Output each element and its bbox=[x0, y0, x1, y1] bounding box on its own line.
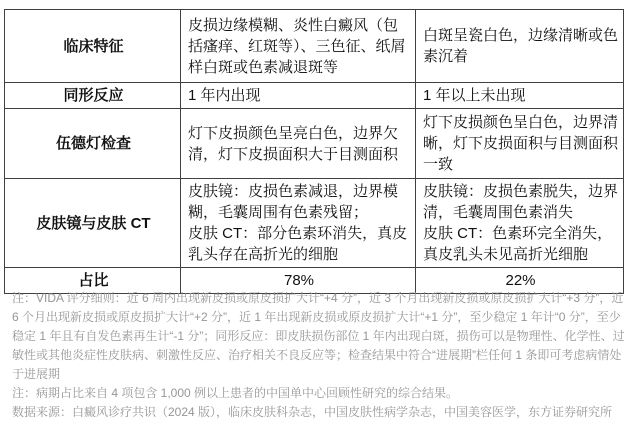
data-source-line: 数据来源：白癜风诊疗共识（2024 版），临床皮肤科杂志，中国皮肤性病学杂志，中… bbox=[12, 403, 626, 422]
note-vida-scoring: 注：VIDA 评分细则：近 6 周内出现新皮损或原皮损扩大计“+4 分”，近 3… bbox=[12, 289, 626, 384]
note-proportion-source: 注：病期占比来自 4 项包含 1,000 例以上患者的中国单中心回顾性研究的综合… bbox=[12, 384, 626, 403]
cell-clinical-features-progressive: 皮损边缘模糊、炎性白癜风（包括瘙痒、红斑等）、三色征、纸屑样白斑或色素减退斑等 bbox=[181, 10, 416, 83]
row-label-koebner-phenomenon: 同形反应 bbox=[5, 83, 181, 109]
footnotes: 注：VIDA 评分细则：近 6 周内出现新皮损或原皮损扩大计“+4 分”，近 3… bbox=[12, 289, 626, 422]
cell-koebner-progressive: 1 年内出现 bbox=[181, 83, 416, 109]
cell-dermoscopy-stable: 皮肤镜：皮损色素脱失，边界清，毛囊周围色素消失 皮肤 CT：色素环完全消失，真皮… bbox=[416, 179, 624, 268]
cell-woods-lamp-progressive: 灯下皮损颜色呈亮白色，边界欠清，灯下皮损面积大于目测面积 bbox=[181, 109, 416, 179]
row-label-clinical-features: 临床特征 bbox=[5, 10, 181, 83]
table-row-dermoscopy-skin-ct: 皮肤镜与皮肤 CT 皮肤镜：皮损色素减退，边界模糊，毛囊周围有色素残留； 皮肤 … bbox=[5, 179, 624, 268]
cell-clinical-features-stable: 白斑呈瓷白色，边缘清晰或色素沉着 bbox=[416, 10, 624, 83]
table-row-koebner-phenomenon: 同形反应 1 年内出现 1 年以上未出现 bbox=[5, 83, 624, 109]
row-label-dermoscopy-skin-ct: 皮肤镜与皮肤 CT bbox=[5, 179, 181, 268]
cell-koebner-stable: 1 年以上未出现 bbox=[416, 83, 624, 109]
table-row-clinical-features: 临床特征 皮损边缘模糊、炎性白癜风（包括瘙痒、红斑等）、三色征、纸屑样白斑或色素… bbox=[5, 10, 624, 83]
table-row-woods-lamp: 伍德灯检查 灯下皮损颜色呈亮白色，边界欠清，灯下皮损面积大于目测面积 灯下皮损颜… bbox=[5, 109, 624, 179]
stage-comparison-table: 临床特征 皮损边缘模糊、炎性白癜风（包括瘙痒、红斑等）、三色征、纸屑样白斑或色素… bbox=[4, 9, 624, 294]
cell-dermoscopy-progressive: 皮肤镜：皮损色素减退，边界模糊，毛囊周围有色素残留； 皮肤 CT：部分色素环消失… bbox=[181, 179, 416, 268]
cell-woods-lamp-stable: 灯下皮损颜色呈白色，边界清晰，灯下皮损面积与目测面积一致 bbox=[416, 109, 624, 179]
row-label-woods-lamp: 伍德灯检查 bbox=[5, 109, 181, 179]
